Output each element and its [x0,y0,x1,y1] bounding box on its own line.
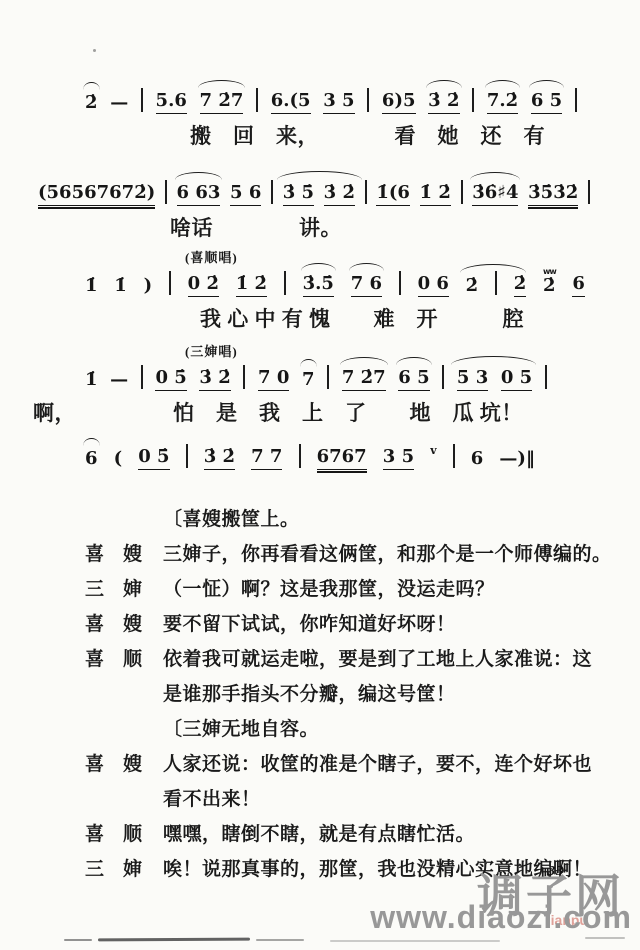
dialogue-text: 依着我可就运走啦，要是到了工地上人家准说：这是谁那手指头不分瓣，编这号筐！ [163,642,625,712]
note-token: 3̇ 2̇ [204,446,235,470]
music-system: 6(0 5̇3̇ 2̇7 767673 5v6—)‖ [85,440,535,470]
note-token: 7 [302,369,315,391]
note-token: 2̇ [466,275,479,297]
note-token: 0 5̇ [138,446,169,470]
note-token: 3̇6̇♯4̇ [472,182,518,206]
note-token: 6 [471,448,484,470]
lyrics-line: 我 心 中 有 愧 难 开 腔 [200,305,585,333]
note-token: 1̇ 2̇ [420,182,451,206]
note-token: 5 6 [230,182,261,206]
music-system: (三婶唱)1̇—0 5̇3̇ 2̇7 077 2̇76 55 30 5啊， 怕 … [85,341,547,427]
speaker-name: 喜 顺 [85,642,163,712]
notation-row: 1̇—0 5̇3̇ 2̇7 077 2̇76 55 30 5 [85,361,547,391]
dialogue-row: 喜 顺嘿嘿，瞎倒不瞎，就是有点瞎忙活。 [0,817,640,852]
lyrics-line: 搬 回 来， 看 她 还 有 [190,122,577,150]
barline [399,271,401,295]
barline [165,180,167,204]
note-token: 3̇5̇3̇2̇ [528,182,578,206]
note-token: 6 5 [398,367,429,391]
note-token: 5.6 [156,90,187,114]
note-token: 3 5 [323,90,354,114]
dialogue-text-line: 要不留下试试，你咋知道好坏呀！ [163,607,625,642]
dialogue-text-line: 是谁那手指头不分瓣，编这号筐！ [163,677,625,712]
barline [453,444,455,468]
notation-row: 2̇—5.67 2̇76.(53 56)53̇ 2̇7.2̇6 5 [85,84,577,114]
note-token: 7 6 [351,273,382,297]
notation-row: 6(0 5̇3̇ 2̇7 767673 5v6—)‖ [85,440,535,470]
note-token: 2̇ [85,92,98,114]
barline [588,180,590,204]
barline [461,180,463,204]
barline [284,271,286,295]
barline [271,180,273,204]
barline [299,444,301,468]
note-token: 1̇ [85,369,98,391]
stage-direction: 〔三婶无地自容。 [163,712,640,747]
note-token: — [110,369,128,391]
page-number: 33 [548,864,564,880]
barline [256,88,258,112]
barline [575,88,577,112]
dialogue-row: 喜 嫂要不留下试试，你咋知道好坏呀！ [0,607,640,642]
music-system: 2̇—5.67 2̇76.(53 56)53̇ 2̇7.2̇6 5搬 回 来， … [85,84,577,150]
dialogue-text-line: （一怔）啊？这是我那筐，没运走吗？ [163,572,625,607]
print-smudge [256,939,304,941]
note-token: 7 2̇7 [342,367,386,391]
note-token: 0 6 [418,273,449,297]
barline [141,365,143,389]
note-token: — [110,92,128,114]
note-token: 3̇ 5̇ [283,182,314,206]
note-token: 1̇ [85,275,98,297]
speaker-name: 喜 顺 [85,817,163,852]
dialogue-text-line: 依着我可就运走啦，要是到了工地上人家准说：这 [163,642,625,677]
watermark-site-url: www.diaozi.com [370,899,632,936]
notation-row: 1̇1̇)0 2̇1̇ 2̇3̇.5̇7 60 62̇2̇2̇6 [85,267,585,297]
note-token: 1̇ 2̇ [236,273,267,297]
print-smudge [98,938,250,942]
dialogue-text: 嘿嘿，瞎倒不瞎，就是有点瞎忙活。 [163,817,625,852]
note-token: 1̇(6 [376,182,410,206]
dialogue-text: 要不留下试试，你咋知道好坏呀！ [163,607,625,642]
score-page: 2̇—5.67 2̇76.(53 56)53̇ 2̇7.2̇6 5搬 回 来， … [0,0,640,950]
stage-direction: 〔喜嫂搬筐上。 [163,502,640,537]
speaker-name: 三 婶 [85,852,163,887]
note-token: 5 3 [457,367,488,391]
barline [365,180,367,204]
dialogue-text: 人家还说：收筐的准是个瞎子，要不，连个好坏也看不出来！ [163,747,625,817]
barline [472,88,474,112]
note-token: 0 5 [501,367,532,391]
note-token: 1̇ [114,275,127,297]
music-system: (喜顺唱)1̇1̇)0 2̇1̇ 2̇3̇.5̇7 60 62̇2̇2̇6我 心… [85,247,585,333]
note-token: ) [144,275,153,297]
note-token: (56567672̇) [38,182,155,206]
singer-label: (喜顺唱) [185,247,585,267]
note-token: ( [114,448,123,470]
note-token: —)‖ [499,448,535,470]
print-smudge [330,940,500,942]
speaker-name: 三 婶 [85,572,163,607]
dialogue-section: 〔喜嫂搬筐上。喜 嫂三婶子，你再看看这俩筐，和那个是一个师傅编的。三 婶（一怔）… [0,502,640,887]
dialogue-text-line: 人家还说：收筐的准是个瞎子，要不，连个好坏也 [163,747,625,782]
print-smudge [64,939,92,941]
barline [243,365,245,389]
dialogue-row: 三 婶（一怔）啊？这是我那筐，没运走吗？ [0,572,640,607]
print-speck [93,49,96,52]
note-token: 6 63 [177,182,221,206]
note-token: 7 2̇7 [200,90,244,114]
barline [367,88,369,112]
note-token: 6)5 [382,90,416,114]
note-token: 3̇ 2̇ [428,90,459,114]
barline [186,444,188,468]
lyrics-line: 啊， 怕 是 我 上 了 地 瓜 坑！ [33,399,547,427]
barline [545,365,547,389]
note-token: 7 0 [258,367,289,391]
note-token: 6 5 [531,90,562,114]
notation-row: (56567672̇)6 635 63̇ 5̇3̇ 2̇1̇(61̇ 2̇3̇6… [38,176,590,206]
note-token: 6.(5 [271,90,311,114]
barline [169,271,171,295]
dialogue-text-line: 三婶子，你再看看这俩筐，和那个是一个师傅编的。 [163,537,625,572]
dialogue-row: 喜 嫂人家还说：收筐的准是个瞎子，要不，连个好坏也看不出来！ [0,747,640,817]
dialogue-row: 喜 嫂三婶子，你再看看这俩筐，和那个是一个师傅编的。 [0,537,640,572]
barline [442,365,444,389]
barline [327,365,329,389]
note-token: v [430,440,436,462]
music-system: (56567672̇)6 635 63̇ 5̇3̇ 2̇1̇(61̇ 2̇3̇6… [38,176,590,242]
barline [141,88,143,112]
speaker-name: 喜 嫂 [85,747,163,817]
note-token: 7.2̇ [487,90,518,114]
note-token: 0 5̇ [155,367,186,391]
note-token: 2̇ [543,275,556,297]
note-token: 7 7 [251,446,282,470]
dialogue-text: （一怔）啊？这是我那筐，没运走吗？ [163,572,625,607]
speaker-name: 喜 嫂 [85,537,163,572]
note-token: 3 5 [383,446,414,470]
note-token: 3̇ 2̇ [324,182,355,206]
note-token: 0 2̇ [188,273,219,297]
music-section: 2̇—5.67 2̇76.(53 56)53̇ 2̇7.2̇6 5搬 回 来， … [0,0,640,470]
speaker-name: 喜 嫂 [85,607,163,642]
print-smudge [585,937,625,939]
dialogue-text: 三婶子，你再看看这俩筐，和那个是一个师傅编的。 [163,537,625,572]
dialogue-text-line: 嘿嘿，瞎倒不瞎，就是有点瞎忙活。 [163,817,625,852]
dialogue-row: 喜 顺依着我可就运走啦，要是到了工地上人家准说：这是谁那手指头不分瓣，编这号筐！ [0,642,640,712]
note-token: 6 [85,448,98,470]
note-token: 2̇ [514,273,527,297]
note-token: 6767 [317,446,367,470]
note-token: 3̇ 2̇ [199,367,230,391]
barline [495,271,497,295]
lyrics-line: 啥话 讲。 [170,214,590,242]
note-token: 3̇.5̇ [303,273,334,297]
note-token: 6 [572,273,585,297]
dialogue-text-line: 看不出来！ [163,782,625,817]
